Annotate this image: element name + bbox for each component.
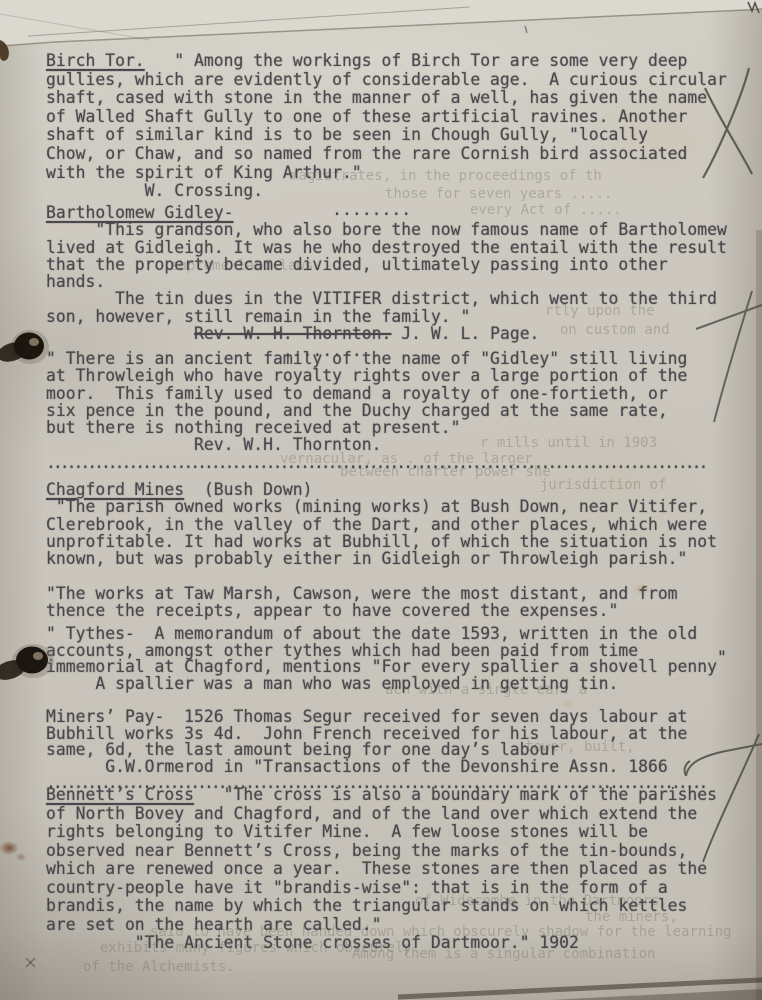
text-line: unprofitable. It had works at Bubhill, o… <box>46 533 752 550</box>
text-line: lived at Gidleigh. It was he who destroy… <box>46 239 752 256</box>
text-line: but there is nothing received at present… <box>46 419 752 436</box>
text-line: "The Ancient Stone crosses of Dartmoor."… <box>46 934 752 953</box>
text-line: Chow, or Chaw, and so named from the rar… <box>46 145 752 164</box>
text-line: Birch Tor. " Among the workings of Birch… <box>46 52 752 71</box>
text-line: "The parish owned works (mining works) a… <box>46 498 752 515</box>
document-page: magistrates, in the proceedings of ththo… <box>0 0 762 1000</box>
text-line: observed near Bennett’s Cross, being the… <box>46 842 752 861</box>
text-line: thence the receipts, appear to have cove… <box>46 602 752 619</box>
text-line: brandis, the name by which the triangula… <box>46 897 752 916</box>
document-section: " There is an ancient family of the name… <box>46 350 752 471</box>
text-line: that the property became divided, ultima… <box>46 256 752 273</box>
document-section: " Tythes- A memorandum of about the date… <box>46 626 752 792</box>
text-line: at Throwleigh who have royalty rights ov… <box>46 367 752 384</box>
text-line: Clerebrook, in the valley of the Dart, a… <box>46 516 752 533</box>
text-line: son, however, still remain in the family… <box>46 308 752 325</box>
text-line: are set on the hearth are called." <box>46 916 752 935</box>
text-line: Chagford Mines (Bush Down) <box>46 481 752 498</box>
text-line: ........................................… <box>46 454 752 471</box>
text-line: "The works at Taw Marsh, Cawson, were th… <box>46 585 752 602</box>
text-line <box>46 567 752 584</box>
text-line: of Walled Shaft Gully to one of these ar… <box>46 108 752 127</box>
text-line: Bennett’s Cross "The cross is also a bou… <box>46 786 752 805</box>
document-section: Bennett’s Cross "The cross is also a bou… <box>46 786 752 953</box>
typewritten-text: Birch Tor. " Among the workings of Birch… <box>46 0 752 1000</box>
text-line: of North Bovey and Chagford, and of the … <box>46 805 752 824</box>
text-line: shaft, cased with stone in the manner of… <box>46 89 752 108</box>
text-line: six pence in the pound, and the Duchy ch… <box>46 402 752 419</box>
text-line: W. Crossing. <box>46 182 752 201</box>
text-line: The tin dues in the VITIFER district, wh… <box>46 290 752 307</box>
text-line: Rev. W.H. Thornton. <box>46 436 752 453</box>
text-line: shaft of similar kind is to be seen in C… <box>46 126 752 145</box>
document-section: Birch Tor. " Among the workings of Birch… <box>46 52 752 219</box>
text-line: moor. This family used to demand a royal… <box>46 385 752 402</box>
text-line: Rev. W. H. Thornton. J. W. L. Page. <box>46 325 752 342</box>
text-line: which are renewed once a year. These sto… <box>46 860 752 879</box>
text-line: hands. <box>46 273 752 290</box>
text-line: " There is an ancient family of the name… <box>46 350 752 367</box>
document-section: Chagford Mines (Bush Down) "The parish o… <box>46 481 752 619</box>
text-line: rights belonging to Vitifer Mine. A few … <box>46 823 752 842</box>
text-line: A spallier was a man who was employed in… <box>46 676 752 693</box>
text-line: with the spirit of King Arthur." <box>46 164 752 183</box>
document-section: Bartholomew Gidley- "This grandson, who … <box>46 204 752 360</box>
text-line: country-people have it "brandis-wise": t… <box>46 879 752 898</box>
text-line: known, but was probably either in Gidlei… <box>46 550 752 567</box>
photographed-manuscript-page: magistrates, in the proceedings of ththo… <box>0 0 762 1000</box>
text-line: "This grandson, who also bore the now fa… <box>46 221 752 238</box>
text-line: Bartholomew Gidley- <box>46 204 752 221</box>
text-line: gullies, which are evidently of consider… <box>46 71 752 90</box>
